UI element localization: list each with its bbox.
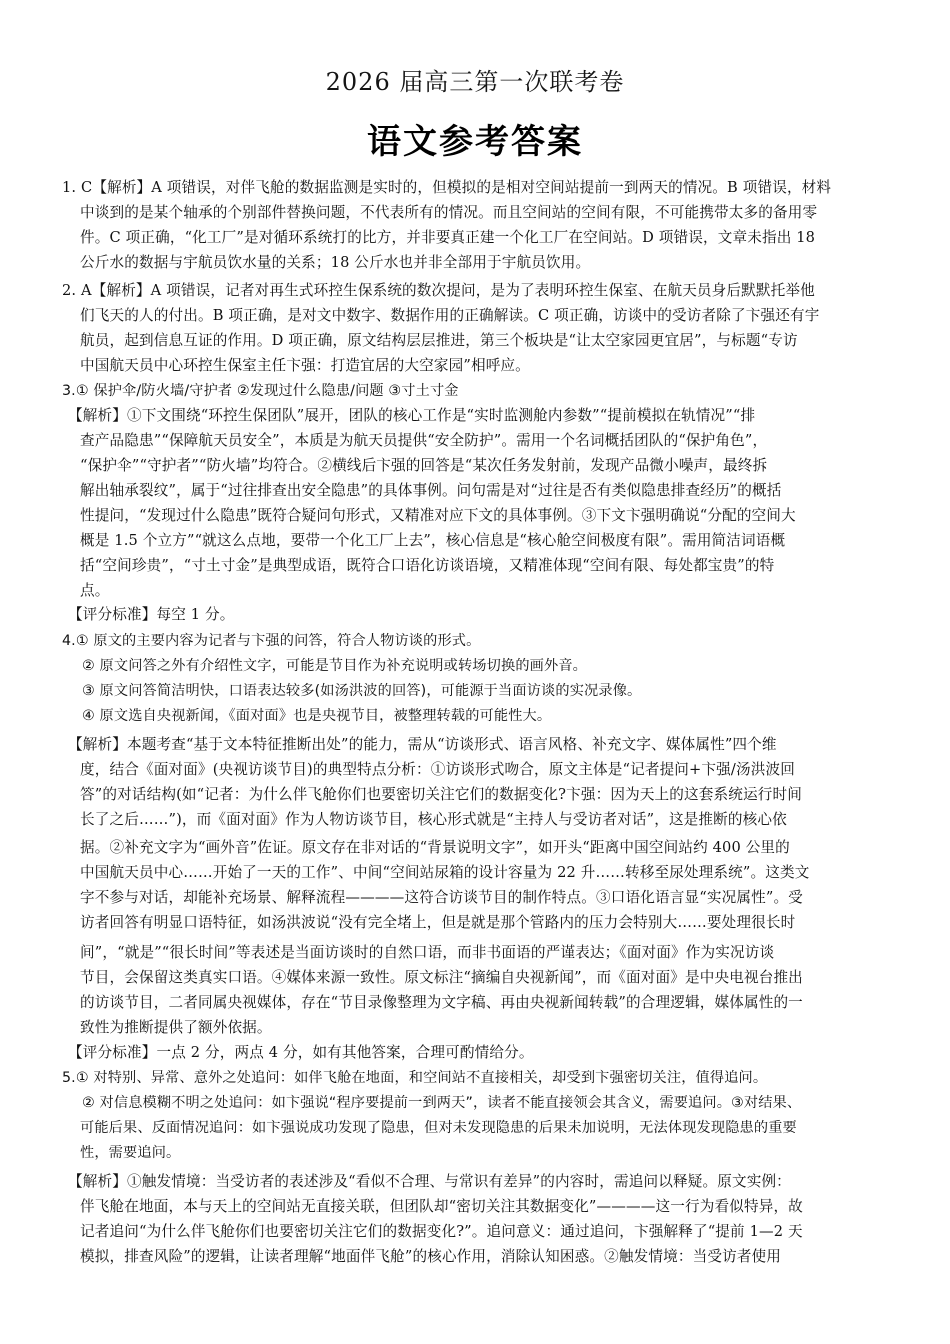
text-line: 5.① 对特别、异常、意外之处追问：如伴飞舱在地面，和空间站不直接相关，却受到卞… (62, 1068, 767, 1088)
text-line: 解出轴承裂纹”，属于“过往排查出安全隐患”的具体事例。问句需是对“过往是否有类似… (80, 481, 782, 501)
exam-title: 2026 届高三第一次联考卷 (0, 62, 950, 97)
text-line: 2. A【解析】A 项错误，记者对再生式环控生保系统的数次提问，是为了表明环控生… (62, 281, 815, 301)
text-line: 性，需要追问。 (80, 1143, 180, 1163)
text-line: 中谈到的是某个轴承的个别部件替换问题，不代表所有的情况。而且空间站的空间有限，不… (80, 203, 817, 223)
text-line: 航员，起到信息互证的作用。D 项正确，原文结构层层推进，第三个板块是“让太空家园… (80, 331, 798, 351)
text-line: 可能后果、反面情况追问：如卞强说成功发现了隐患，但对未发现隐患的后果未加说明，无… (80, 1118, 797, 1138)
text-line: 3.① 保护伞/防火墙/守护者 ②发现过什么隐患/问题 ③寸土寸金 (62, 381, 459, 401)
text-line: 性提问，“发现过什么隐患”既符合疑问句形式，又精准对应下文的具体事例。③下文卞强… (80, 506, 796, 526)
text-line: 点。 (80, 581, 110, 601)
text-line: 据。②补充文字为“画外音”佐证。原文存在非对话的“背景说明文字”，如开头“距离中… (80, 838, 790, 858)
text-line: 中国航天员中心环控生保室主任卞强：打造宜居的大空家园”相呼应。 (80, 356, 530, 376)
text-line: 致性为推断提供了额外依据。 (80, 1018, 272, 1038)
text-line: 括“空间珍贵”，“寸土寸金”是典型成语，既符合口语化访谈语境，又精准体现“空间有… (80, 556, 774, 576)
text-line: 查产品隐患”“保障航天员安全”，本质是为航天员提供“安全防护”。需用一个名词概括… (80, 431, 767, 451)
text-line: ② 原文问答之外有介绍性文字，可能是节目作为补充说明或转场切换的画外音。 (82, 656, 587, 676)
answer-document-page: 2026 届高三第一次联考卷 语文参考答案 1. C【解析】A 项错误，对伴飞舱… (0, 0, 950, 1344)
text-line: 件。C 项正确，“化工厂”是对循环系统打的比方，并非要真正建一个化工厂在空间站。… (80, 228, 815, 248)
text-line: 答”的对话结构(如“记者：为什么伴飞舱你们也要密切关注它们的数据变化?卞强：因为… (80, 785, 802, 805)
text-line: 【评分标准】每空 1 分。 (68, 605, 234, 625)
text-line: 字不参与对话，却能补充场景、解释流程————这符合访谈节目的制作特点。③口语化语… (80, 888, 803, 908)
text-line: 长了之后……”)，而《面对面》作为人物访谈节目，核心形式就是“主持人与受访者对话… (80, 810, 787, 830)
text-line: 【解析】本题考查“基于文本特征推断出处”的能力，需从“访谈形式、语言风格、补充文… (68, 735, 777, 755)
text-line: 伴飞舱在地面，本与天上的空间站无直接关联，但团队却“密切关注其数据变化”————… (80, 1197, 803, 1217)
text-line: 1. C【解析】A 项错误，对伴飞舱的数据监测是实时的，但模拟的是相对空间站提前… (62, 178, 831, 198)
text-line: 们飞天的人的付出。B 项正确，是对文中数字、数据作用的正确解读。C 项正确，访谈… (80, 306, 819, 326)
text-line: 【评分标准】一点 2 分，两点 4 分，如有其他答案，合理可酌情给分。 (68, 1043, 534, 1063)
document-title: 语文参考答案 (0, 114, 950, 163)
text-line: 中国航天员中心……开始了一天的工作”、中间“空间站尿箱的设计容量为 22 升……… (80, 863, 810, 883)
text-line: 【解析】①触发情境：当受访者的表述涉及“看似不合理、与常识有差异”的内容时，需追… (68, 1172, 791, 1192)
text-line: 访者回答有明显口语特征，如汤洪波说“没有完全堵上，但是就是那个管路内的压力会特别… (80, 913, 795, 933)
text-line: 4.① 原文的主要内容为记者与卞强的问答，符合人物访谈的形式。 (62, 631, 480, 651)
text-line: 间”，“就是”“很长时间”等表述是当面访谈时的自然口语，而非书面语的严谨表达；《… (80, 943, 774, 963)
text-line: 模拟，排查风险”的逻辑，让读者理解“地面伴飞舱”的核心作用，消除认知困惑。②触发… (80, 1247, 781, 1267)
text-line: ③ 原文问答简洁明快，口语表达较多(如汤洪波的回答)，可能源于当面访谈的实况录像… (82, 681, 641, 701)
text-line: ② 对信息模糊不明之处追问：如卞强说“程序要提前一到两天”，读者不能直接领会其含… (82, 1093, 801, 1113)
text-line: 概是 1.5 个立方”“就这么点地，要带一个化工厂上去”，核心信息是“核心舱空间… (80, 531, 785, 551)
text-line: 的访谈节目，二者同属央视媒体，存在“节目录像整理为文字稿、再由央视新闻转载”的合… (80, 993, 803, 1013)
text-line: 度，结合《面对面》(央视访谈节目)的典型特点分析：①访谈形式吻合，原文主体是“记… (80, 760, 795, 780)
text-line: 节目，会保留这类真实口语。④媒体来源一致性。原文标注“摘编自央视新闻”，而《面对… (80, 968, 803, 988)
text-line: “保护伞”“守护者”“防火墙”均符合。②横线后卞强的回答是“某次任务发射前，发现… (80, 456, 767, 476)
text-line: 公斤水的数据与宇航员饮水量的关系；18 公斤水也并非全部用于宇航员饮用。 (80, 253, 590, 273)
text-line: ④ 原文选自央视新闻，《面对面》也是央视节目，被整理转载的可能性大。 (82, 706, 551, 726)
text-line: 记者追问“为什么伴飞舱你们也要密切关注它们的数据变化?”。追问意义：通过追问，卞… (80, 1222, 803, 1242)
text-line: 【解析】①下文围绕“环控生保团队”展开，团队的核心工作是“实时监测舱内参数”“提… (68, 406, 755, 426)
